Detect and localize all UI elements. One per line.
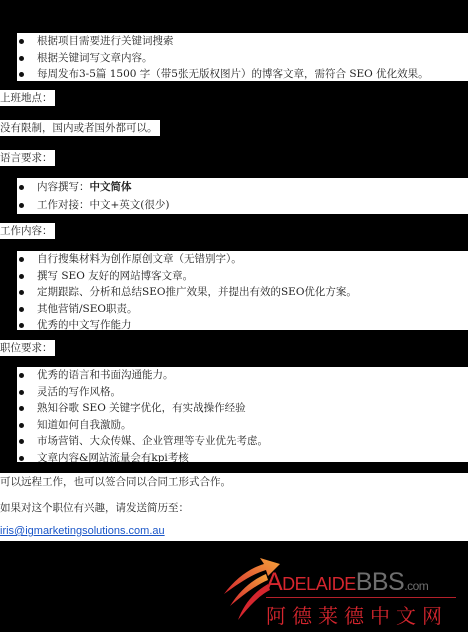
requirements-list: 优秀的语言和书面沟通能力。 灵活的写作风格。 熟知谷歌 SEO 关键字优化，有实… (17, 367, 468, 462)
bullet-icon (19, 439, 24, 444)
list-item: 文章内容&网站流量会有kpi考核 (17, 450, 468, 467)
list-item: 自行搜集材料为创作原创文章（无错别字）。 (17, 251, 468, 268)
bullet-icon (19, 72, 24, 77)
list-item: 定期跟踪、分析和总结SEO推广效果，并提出有效的SEO优化方案。 (17, 284, 468, 301)
bullet-icon (19, 257, 24, 262)
bullet-icon (19, 456, 24, 461)
location-value: 没有限制，国内或者国外都可以。 (0, 120, 160, 136)
bullet-icon (19, 307, 24, 312)
logo-divider (266, 597, 456, 598)
list-item: 根据关键词写文章内容。 (17, 50, 468, 67)
list-item: 熟知谷歌 SEO 关键字优化，有实战操作经验 (17, 400, 468, 417)
bullet-icon (19, 290, 24, 295)
logo-chinese-name: 阿德莱德中文网 (266, 600, 448, 629)
list-item: 撰写 SEO 友好的网站博客文章。 (17, 268, 468, 285)
bullet-icon (19, 185, 24, 190)
remote-note: 可以远程工作，也可以签合同以合同工形式合作。 (0, 474, 231, 489)
adelaidebbs-logo: AdelaideBBS.com 阿德莱德中文网 (222, 552, 468, 632)
apply-note: 如果对这个职位有兴趣，请发送简历至： (0, 500, 189, 515)
email-row: iris@igmarketingsolutions.com.au (0, 525, 165, 537)
list-item: 市场营销、大众传媒、企业管理等专业优先考虑。 (17, 433, 468, 450)
contact-section: 可以远程工作，也可以签合同以合同工形式合作。 如果对这个职位有兴趣，请发送简历至… (0, 473, 468, 541)
requirements-label: 职位要求： (0, 340, 55, 356)
list-item: 知道如何自我激励。 (17, 417, 468, 434)
list-item: 每周发布3-5篇 1500 字（带5张无版权图片）的博客文章，需符合 SEO 优… (17, 66, 468, 83)
intro-duties-list: 根据项目需要进行关键词搜索 根据关键词写文章内容。 每周发布3-5篇 1500 … (17, 33, 468, 81)
bullet-icon (19, 274, 24, 279)
list-item: 其他营销/SEO职责。 (17, 301, 468, 318)
bullet-icon (19, 39, 24, 44)
work-content-label: 工作内容： (0, 223, 55, 239)
work-content-list: 自行搜集材料为创作原创文章（无错别字）。 撰写 SEO 友好的网站博客文章。 定… (17, 251, 468, 330)
email-link[interactable]: iris@igmarketingsolutions.com.au (0, 525, 165, 537)
list-item: 优秀的中文写作能力 (17, 317, 468, 334)
bullet-icon (19, 406, 24, 411)
list-item: 工作对接：中文+英文(很少) (17, 196, 468, 214)
list-item: 优秀的语言和书面沟通能力。 (17, 367, 468, 384)
list-item: 灵活的写作风格。 (17, 384, 468, 401)
list-item: 内容撰写：中文简体 (17, 178, 468, 196)
bullet-icon (19, 203, 24, 208)
bullet-icon (19, 390, 24, 395)
logo-wordmark: AdelaideBBS.com (266, 568, 428, 597)
bullet-icon (19, 423, 24, 428)
bullet-icon (19, 323, 24, 328)
list-item: 根据项目需要进行关键词搜索 (17, 33, 468, 50)
location-label: 上班地点： (0, 90, 55, 106)
bullet-icon (19, 56, 24, 61)
language-label: 语言要求： (0, 150, 55, 166)
language-list: 内容撰写：中文简体 工作对接：中文+英文(很少) (17, 178, 468, 214)
bullet-icon (19, 373, 24, 378)
